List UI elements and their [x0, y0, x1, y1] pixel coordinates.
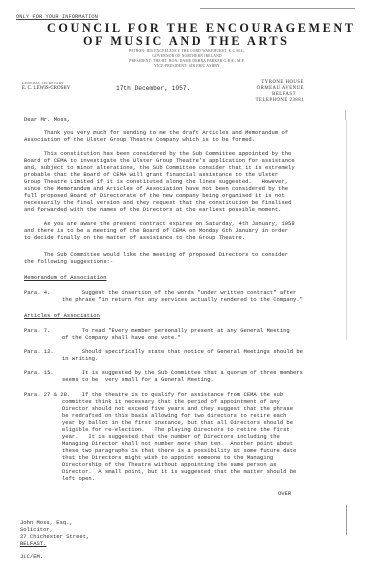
item-line: It is suggested by the Sub Committee tha…	[62, 369, 303, 376]
item-line: in writing.	[62, 355, 98, 362]
president-line: PRESIDENT: THE RT. HON. DAME DEHRA PARKE…	[0, 59, 374, 63]
telephone-line: TELEPHONE 23881	[256, 98, 304, 103]
paragraph-line: and, subject to minor alterations, the S…	[24, 164, 295, 171]
item-line: seems to be very small for a General Mee…	[62, 376, 214, 383]
over-marker: OVER	[278, 490, 291, 497]
paragraph-line: probable that the Board of CEMA will gra…	[24, 171, 278, 178]
item-line: the phrase "in return for any services a…	[62, 296, 303, 303]
information-stamp: ONLY FOR YOUR INFORMATION	[16, 14, 98, 20]
item-line: year. It is suggested that the number of…	[62, 433, 280, 440]
item-line: year by ballot in the first instance, bu…	[62, 419, 293, 426]
paragraph-line: Association of the Ulster Group Theatre …	[24, 136, 255, 143]
item-line: eligible for re-election. The playing Di…	[62, 426, 290, 433]
item-line: of the Company shall have one vote."	[62, 334, 181, 341]
item-line: To read "Every member personally present…	[62, 327, 290, 334]
articles-heading: Articles of Association	[24, 312, 100, 319]
item-line: left open.	[62, 475, 95, 482]
item-line: Directorship of the Theatre without appo…	[62, 461, 277, 468]
reference-initials: JLC/EM.	[20, 553, 43, 560]
paragraph-line: Group Theatre Limited if it is constitut…	[24, 178, 288, 185]
vice-president-line: VICE-PRESIDENT: SIR ERIC ASHBY	[0, 64, 374, 68]
item-line: these two paragraphs is that there is a …	[62, 447, 296, 454]
recipient-line: John Moss, Esq.,	[20, 519, 73, 526]
item-line: Director. A small point, but it is sugge…	[62, 468, 296, 475]
paragraph-line: since the Memorandum and Articles of Ass…	[24, 185, 288, 192]
item-line: be redrafted on this basis allowing for …	[62, 412, 286, 419]
scan-margin-line	[346, 120, 347, 340]
paragraph-line: This constitution has been considered by…	[24, 150, 291, 157]
salutation: Dear Mr. Moss,	[24, 116, 70, 123]
item-line: that the Directors might wish to appoint…	[62, 454, 273, 461]
scan-edge-line	[200, 8, 355, 9]
paragraph-line: Thank you very much for sending to me th…	[24, 129, 288, 136]
paragraph-line: necessarily the final version and they r…	[24, 199, 291, 206]
item-label: Para. 12.	[24, 348, 54, 355]
paragraph-line: The Sub Committee would like the meeting…	[24, 251, 288, 258]
letter-page: ONLY FOR YOUR INFORMATION COUNCIL FOR TH…	[0, 0, 374, 574]
item-label: Para. 15.	[24, 369, 54, 376]
item-line: Suggest the insertion of the words "unde…	[62, 289, 296, 296]
paragraph-line: full proposed Board of Directorate of th…	[24, 192, 285, 199]
paragraph-line: and forwarded with the names of the Dire…	[24, 206, 281, 213]
item-line: Director should not exceed five years an…	[62, 405, 293, 412]
paragraph-line: Board of CEMA to investigate the Ulster …	[24, 157, 295, 164]
recipient-line: 27 Chichester Street,	[20, 533, 89, 540]
organization-name-line2: OF MUSIC AND THE ARTS	[83, 34, 290, 49]
item-line: Managing Director shall not number more …	[62, 440, 293, 447]
item-label: Para. 4.	[24, 289, 50, 296]
address-line: TYRONE HOUSE	[261, 80, 304, 85]
patron-line: PATRON: HIS EXCELLENCY THE LORD WAKEHURS…	[0, 49, 374, 53]
address-line: BELFAST	[272, 92, 296, 97]
paragraph-line: and there is to be a meeting of the Boar…	[24, 227, 288, 234]
letter-date: 17th December, 1957.	[116, 85, 190, 92]
address-line: ORMEAU AVENUE	[257, 86, 304, 91]
scan-margin-line	[346, 505, 347, 535]
memorandum-heading: Memorandum of Association	[24, 274, 107, 281]
secretary-name: E. C. LEWIS-CROSBY	[22, 86, 70, 91]
margin-mark	[345, 110, 346, 120]
paragraph-line: the following suggestions:-	[24, 258, 113, 265]
paragraph-line: As you are aware the present contract ex…	[24, 220, 295, 227]
governor-line: GOVERNOR OF NORTHERN IRELAND	[0, 54, 374, 58]
item-line: committee think it necessary that the pe…	[62, 398, 280, 405]
recipient-city: BELFAST.	[20, 540, 46, 547]
secretary-label: GENERAL SECRETARY	[22, 81, 64, 85]
recipient-line: Solicitor,	[20, 526, 53, 533]
item-label: Para. 7.	[24, 327, 50, 334]
item-line: If the theatre is to qualify for assista…	[62, 391, 283, 398]
paragraph-line: to decide finally on the matter of assis…	[24, 234, 245, 241]
item-line: Should specifically state that notice of…	[62, 348, 303, 355]
